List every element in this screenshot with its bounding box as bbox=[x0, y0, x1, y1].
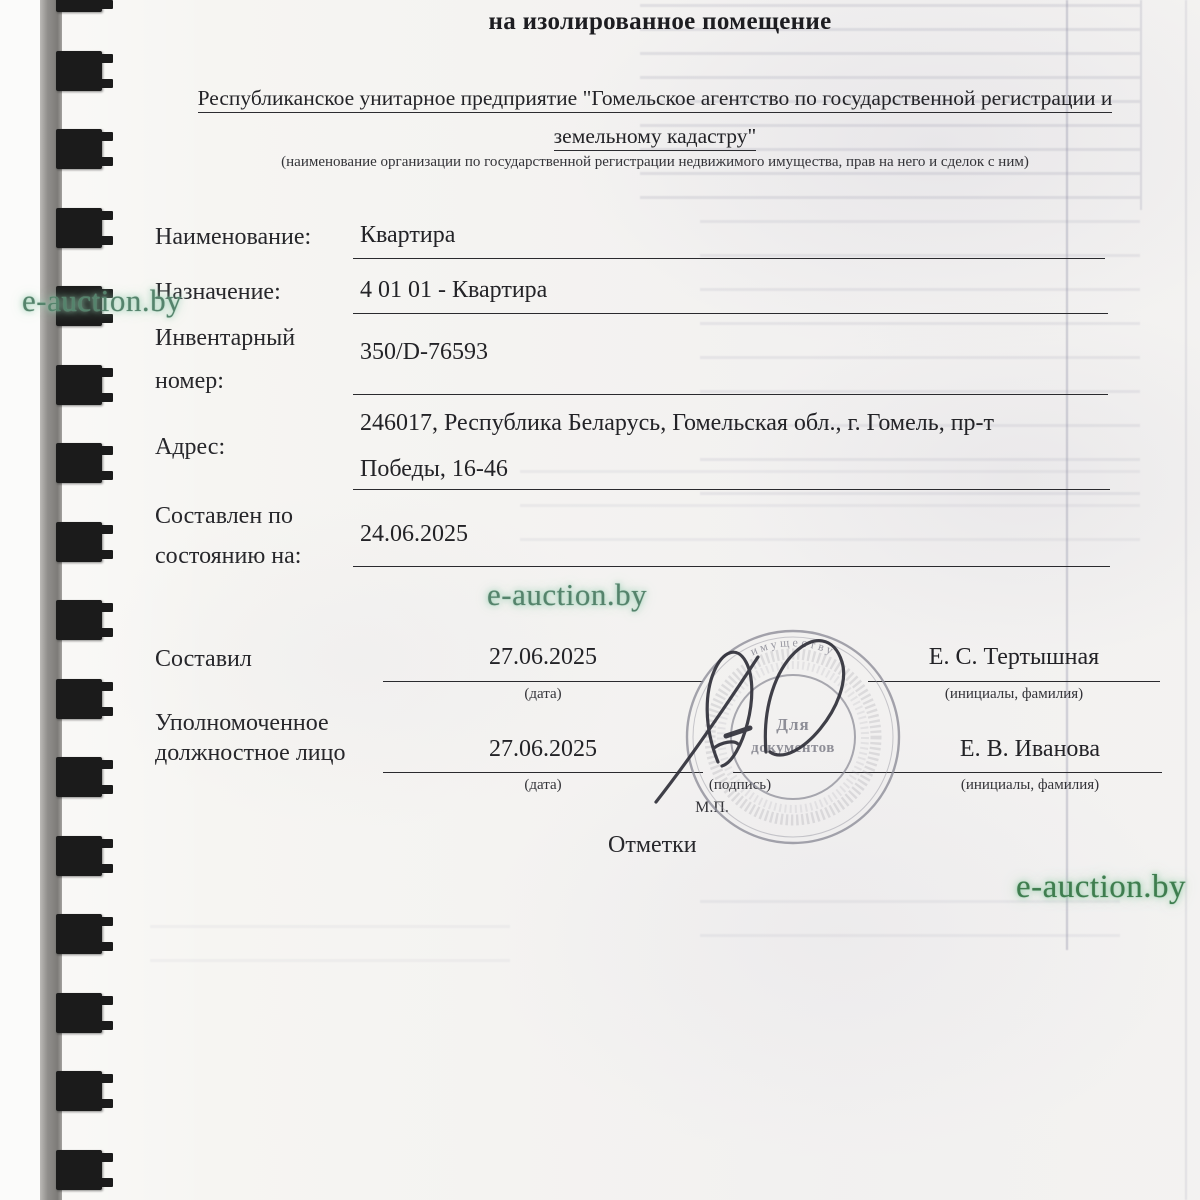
scan-margin bbox=[0, 0, 40, 1200]
binding-tooth bbox=[56, 1071, 102, 1111]
watermark-eauction-bottom: e-auction.by bbox=[1016, 869, 1186, 906]
field-address-value-line1: 246017, Республика Беларусь, Гомельская … bbox=[360, 410, 994, 437]
compiled-label: Составил bbox=[155, 646, 252, 673]
binding-tooth bbox=[56, 443, 102, 483]
organization-line1: Республиканское унитарное предприятие "Г… bbox=[145, 86, 1165, 111]
field-address-label: Адрес: bbox=[155, 434, 225, 461]
binding-tooth bbox=[56, 365, 102, 405]
authorized-label-line1: Уполномоченное bbox=[155, 710, 329, 737]
official-round-stamp: имуществу Для документов bbox=[630, 600, 930, 870]
field-name-value: Квартира bbox=[360, 222, 455, 249]
authorized-name-caption: (инициалы, фамилия) bbox=[898, 777, 1162, 794]
organization-line2: земельному кадастру" bbox=[145, 124, 1165, 149]
authorized-name-underline bbox=[898, 772, 1162, 773]
binding-tooth bbox=[56, 993, 102, 1033]
field-purpose-underline bbox=[353, 313, 1108, 314]
page-edge-line bbox=[1185, 0, 1187, 1200]
field-address-underline bbox=[353, 489, 1110, 490]
authorized-label-line2: должностное лицо bbox=[155, 740, 346, 767]
stamp-center-line1: Для bbox=[776, 715, 809, 734]
scanned-document-page: на изолированное помещение Республиканск… bbox=[0, 0, 1200, 1200]
binding-tooth bbox=[56, 1150, 102, 1190]
bleedthrough-text-block bbox=[150, 925, 510, 970]
stamp-ring-text-band bbox=[710, 654, 876, 820]
binding-tooth bbox=[56, 0, 102, 12]
watermark-eauction-left: e-auction.by bbox=[22, 283, 182, 319]
binding-tooth bbox=[56, 600, 102, 640]
bleedthrough-text-block bbox=[700, 900, 1120, 960]
document-title: на изолированное помещение bbox=[140, 8, 1180, 36]
field-asof-label-line1: Составлен по bbox=[155, 503, 293, 530]
stamp-center-line2: документов bbox=[751, 740, 835, 756]
field-name-label: Наименование: bbox=[155, 224, 311, 251]
authorized-name: Е. В. Иванова bbox=[898, 736, 1162, 763]
field-address-value-line2: Победы, 16-46 bbox=[360, 456, 508, 483]
organization-line1-text: Республиканское унитарное предприятие "Г… bbox=[198, 86, 1113, 113]
field-inventory-label-line1: Инвентарный bbox=[155, 325, 295, 352]
field-name-underline bbox=[353, 258, 1105, 259]
field-inventory-label-line2: номер: bbox=[155, 368, 224, 395]
bleedthrough-text-block bbox=[700, 220, 1140, 520]
binding-tooth bbox=[56, 679, 102, 719]
binding-strip bbox=[40, 0, 62, 1200]
field-asof-underline bbox=[353, 566, 1110, 567]
binding-tooth bbox=[56, 522, 102, 562]
binding-tooth bbox=[56, 129, 102, 169]
field-asof-value: 24.06.2025 bbox=[360, 521, 468, 548]
organization-line2-text: земельному кадастру" bbox=[554, 124, 757, 151]
binding-tooth bbox=[56, 757, 102, 797]
watermark-eauction-center: e-auction.by bbox=[487, 577, 647, 613]
field-inventory-value: 350/D-76593 bbox=[360, 339, 488, 366]
bleedthrough-text-block bbox=[520, 470, 1140, 560]
binding-tooth bbox=[56, 51, 102, 91]
field-asof-label-line2: состоянию на: bbox=[155, 543, 301, 570]
field-inventory-underline bbox=[353, 394, 1108, 395]
binding-tooth bbox=[56, 836, 102, 876]
binding-tooth bbox=[56, 914, 102, 954]
binding-tooth bbox=[56, 208, 102, 248]
field-purpose-value: 4 01 01 - Квартира bbox=[360, 277, 547, 304]
organization-caption: (наименование организации по государстве… bbox=[145, 154, 1165, 171]
stamp-inner-ring bbox=[731, 675, 855, 799]
